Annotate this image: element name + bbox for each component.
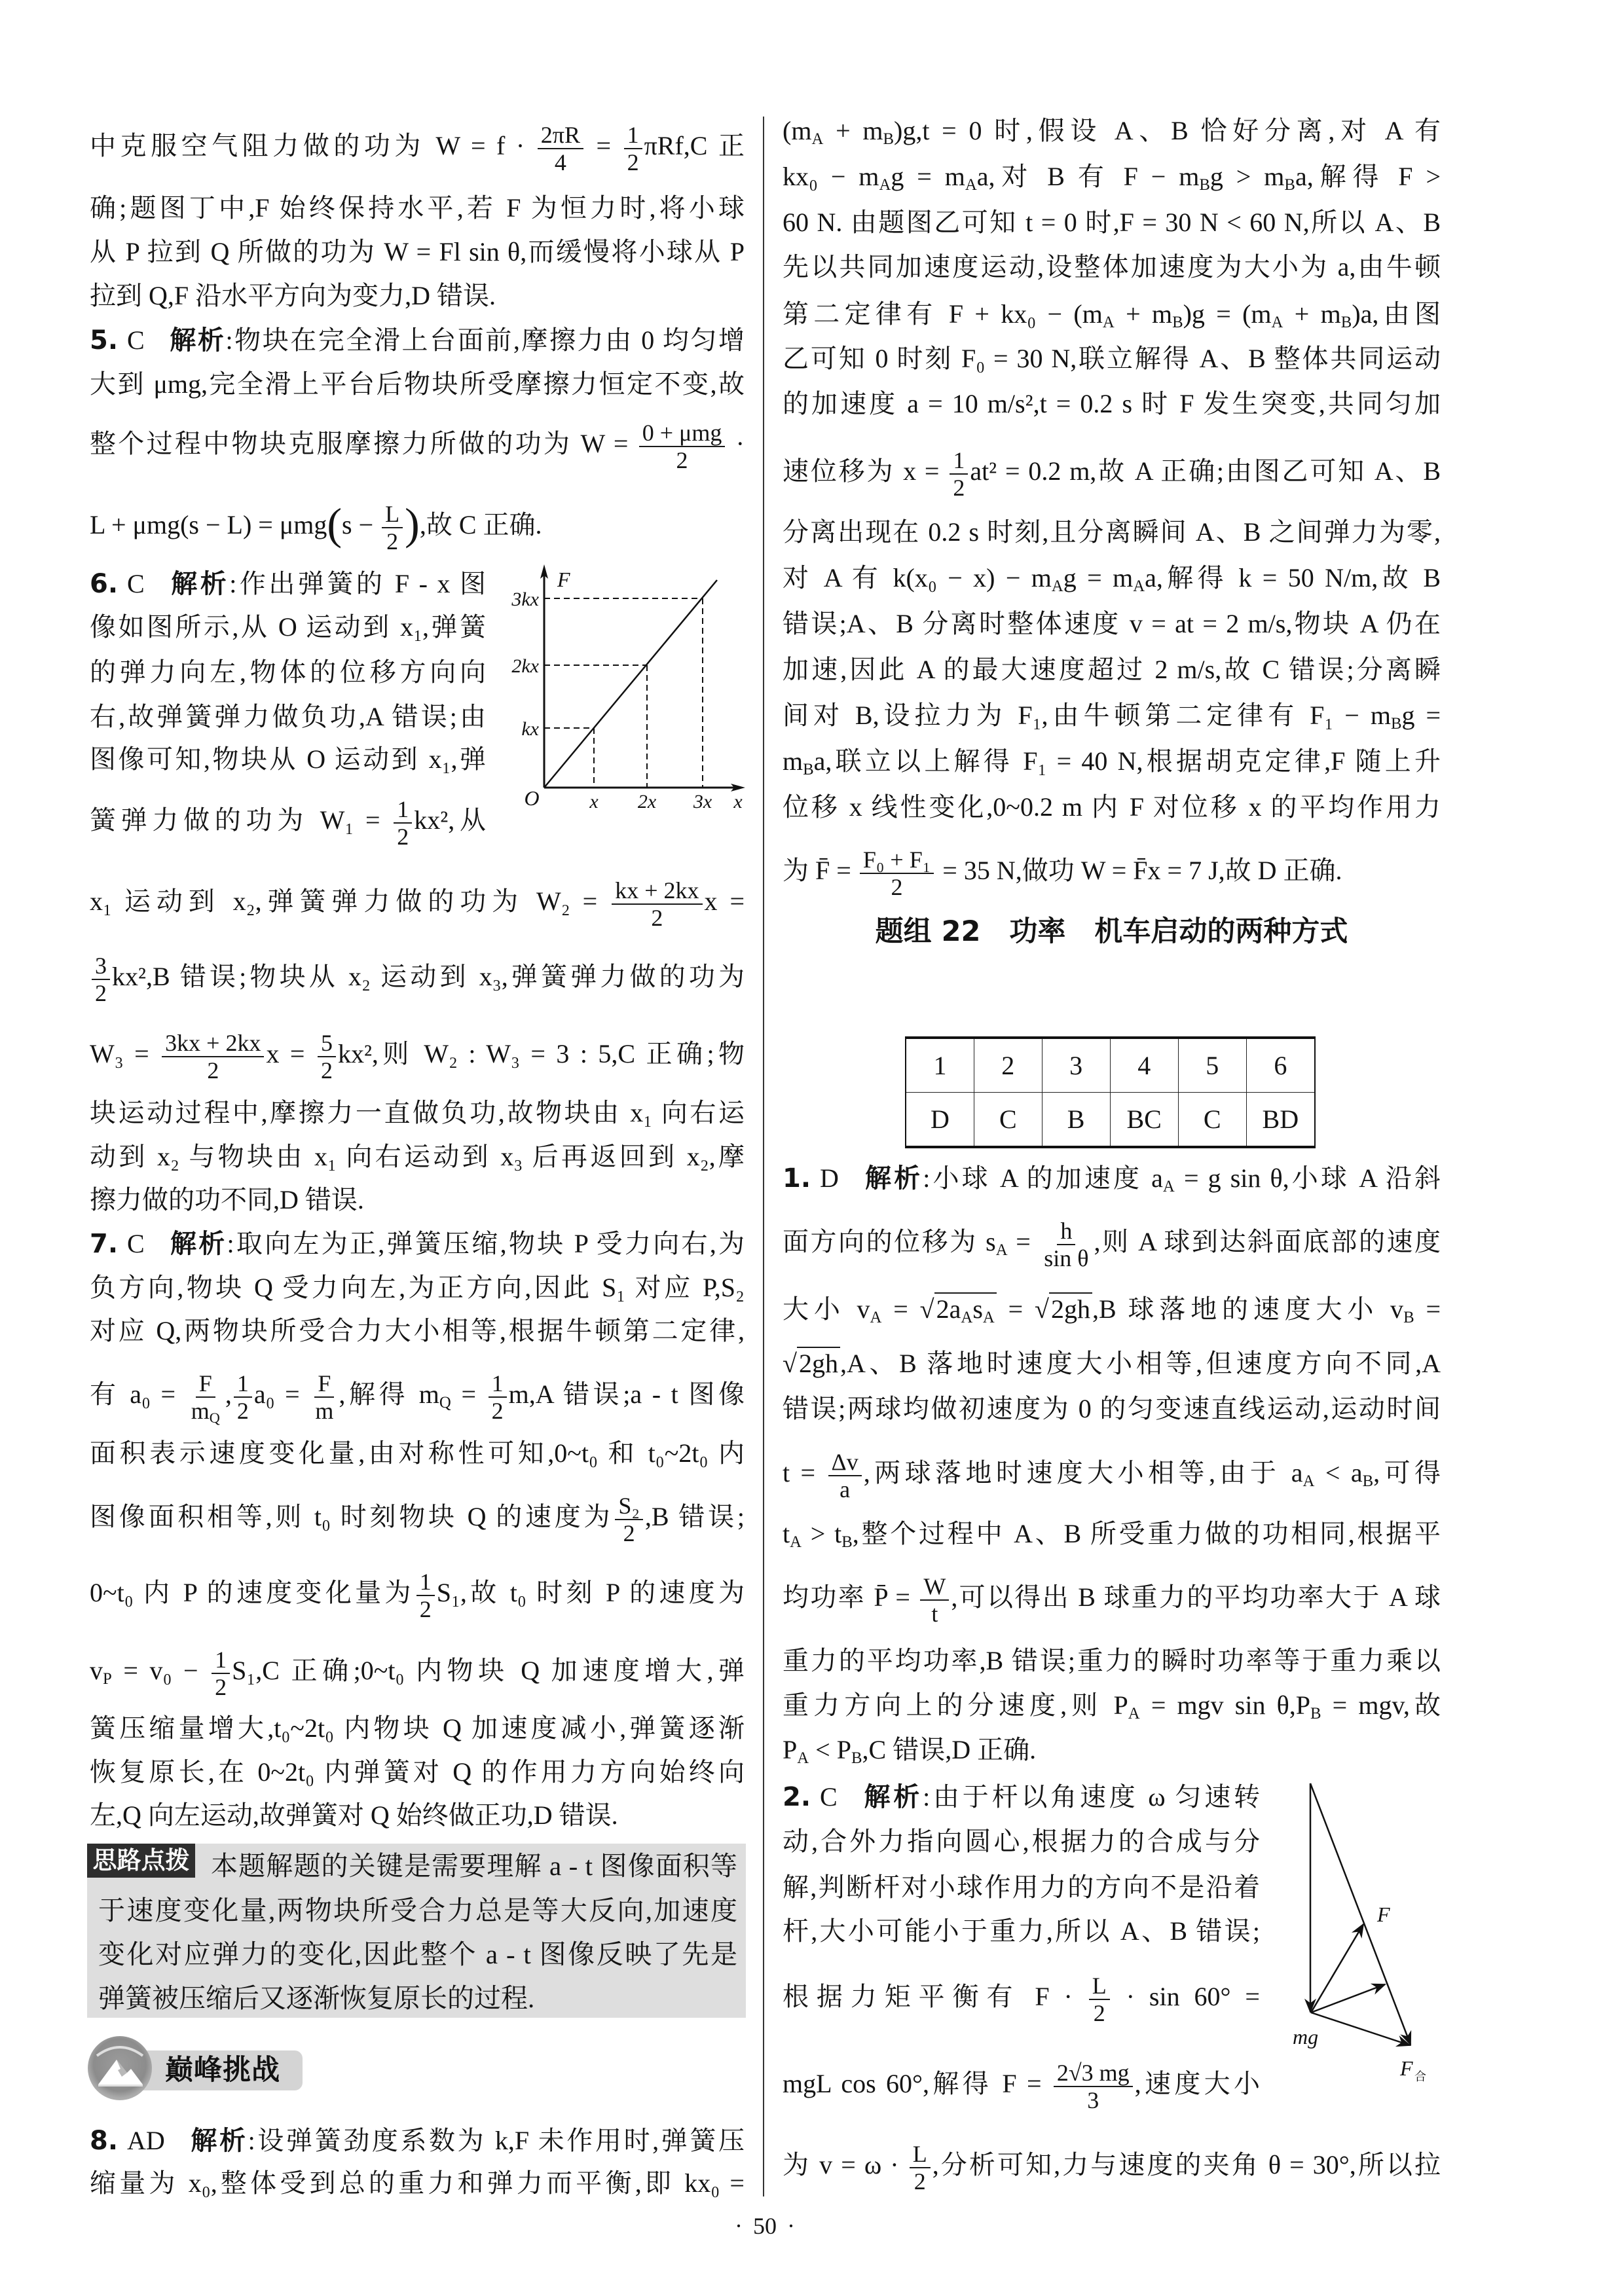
column-divider	[763, 117, 764, 2196]
question-6-header: 6.C解析:作出弹簧的 F - x 图	[90, 564, 486, 604]
radical-sign: √	[783, 1349, 797, 1378]
text-run: g = m	[1063, 563, 1133, 592]
text-run: + m	[1283, 299, 1340, 329]
text-run: S₁,故 t₀ 时刻 P 的速度为	[437, 1578, 745, 1607]
text-line: 对应 Q,两物块所受合力大小相等,根据牛顿第二定律,	[90, 1311, 745, 1351]
table-cell-question: 1	[906, 1038, 974, 1093]
text-run: < P	[809, 1735, 851, 1764]
text-run: )g = (m	[1183, 299, 1272, 329]
text-line: 大到 μmg,完全滑上平台后物块所受摩擦力恒定不变,故	[90, 365, 745, 404]
text-run: =	[1414, 1294, 1441, 1324]
text-run: W₃ =	[90, 1039, 160, 1068]
y-axis-label: F	[557, 568, 570, 591]
spring-force-graph: F 3kx 2kx kx O x 2x 3x x	[498, 556, 760, 818]
answer-choice: AD	[127, 2126, 165, 2155]
analysis-tag: 解析	[168, 1229, 227, 1259]
text-run: · sin 60° =	[1112, 1982, 1260, 2011]
subscript: Q	[439, 1394, 451, 1412]
fraction-denominator: a	[836, 1476, 853, 1503]
text-run: ,整个过程中 A、B 所受重力做的功相同,根据平	[853, 1519, 1441, 1548]
table-cell-answer: D	[906, 1093, 974, 1148]
table-cell-question: 6	[1246, 1038, 1315, 1093]
text-line: PA < PB,C 错误,D 正确.	[783, 1730, 1441, 1770]
x-tick-label: 2x	[638, 791, 657, 812]
text-run: 簧弹力做的功为 W₁ =	[90, 805, 392, 835]
text-run: ,两球落地时速度大小相等,由于 a	[864, 1458, 1303, 1487]
subscript: A	[961, 1309, 972, 1326]
fraction-numerator: 2√3 mg	[1054, 2060, 1133, 2087]
text-run: x₁ 运动到 x₂,弹簧弹力做的功为 W₂ =	[90, 886, 610, 916]
text-run: ,速度大小	[1135, 2069, 1260, 2098]
text-run: a,解得 k = 50 N/m,故 B	[1145, 563, 1441, 592]
text-run: 重力方向上的分速度,则 P	[783, 1690, 1128, 1720]
net-force-subscript: 合	[1414, 2070, 1426, 2082]
text-run: ,则 A 球到达斜面底部的速度	[1094, 1227, 1441, 1256]
text-line: 对 A 有 k(x₀ − x) − mAg = mAa,解得 k = 50 N/…	[783, 558, 1441, 598]
subscript: B	[851, 1749, 862, 1767]
text-line: 恢复原长,在 0~2t₀ 内弹簧对 Q 的作用力方向始终向	[90, 1753, 745, 1792]
fraction-numerator: F	[314, 1370, 334, 1398]
x-axis-label: x	[733, 791, 743, 812]
subscript: B	[1199, 176, 1210, 194]
text-line: 乙可知 0 时刻 F₀ = 30 N,联立解得 A、B 整体共同运动	[783, 339, 1441, 378]
text-run: kx²,B 错误;物块从 x₂ 运动到 x₃,弹簧弹力做的功为	[112, 962, 745, 991]
fraction: 12	[212, 1647, 230, 1701]
fraction: 12	[624, 122, 642, 176]
text-line: (mA + mB)g,t = 0 时,假设 A、B 恰好分离,对 A 有	[783, 111, 1441, 151]
fraction-numerator: 2πR	[538, 122, 583, 149]
subscript: A	[996, 1241, 1008, 1259]
fraction-denominator: 2	[489, 1398, 507, 1424]
x-tick-label: 3x	[693, 791, 712, 812]
text-run: :物块在完全滑上台面前,摩擦力由 0 均匀增	[225, 325, 745, 355]
subscript: A	[870, 1309, 882, 1326]
fraction-numerator: L	[382, 501, 403, 528]
force-f-label: F	[1376, 1903, 1390, 1926]
question-7-header: 7.C解析:取向左为正,弹簧压缩,物块 P 受力向右,为	[90, 1224, 745, 1264]
question-1-header: 1.D解析:小球 A 的加速度 aA = g sin θ,小球 A 沿斜	[783, 1159, 1441, 1198]
text-line: 大小 vA = √2aAsA = √2gh,B 球落地的速度大小 vB =	[783, 1290, 1441, 1329]
fraction-denominator: 2	[234, 1398, 252, 1424]
fraction: 12	[950, 447, 968, 501]
fraction: hsin θ	[1041, 1218, 1092, 1272]
text-line: 左,Q 向左运动,故弹簧对 Q 始终做正功,D 错误.	[90, 1796, 745, 1835]
text-line: 第二定律有 F + kx₀ − (mA + mB)g = (mA + mB)a,…	[783, 295, 1441, 334]
question-number: 6.	[90, 569, 118, 599]
fraction: 3kx + 2kx2	[162, 1030, 264, 1084]
text-run: = mgv sin θ,P	[1140, 1690, 1310, 1720]
text-line: 为 v = ω · L2,分析可知,力与速度的夹角 θ = 30°,所以拉	[783, 2134, 1441, 2196]
text-run: 0~t₀ 内 P 的速度变化量为	[90, 1578, 415, 1607]
text-run: ,解得 m	[339, 1379, 439, 1409]
text-line: 动到 x₂ 与物块由 x₁ 向右运动到 x₃ 后再返回到 x₂,摩	[90, 1137, 745, 1176]
text-run: g =	[1401, 701, 1441, 730]
question-number: 5.	[90, 325, 118, 355]
text-run: s −	[342, 510, 380, 539]
text-run: 根据力矩平衡有 F ·	[783, 1982, 1087, 2011]
fraction-denominator: 2	[212, 1674, 230, 1700]
text-run: 2a	[936, 1294, 961, 1324]
text-run: g = m	[891, 162, 965, 191]
section-title: 巅峰挑战	[165, 2050, 280, 2090]
table-row-questions: 1 2 3 4 5 6	[906, 1038, 1315, 1093]
text-run: mgL cos 60°,解得 F =	[783, 2069, 1052, 2098]
x-tick-label: x	[589, 791, 599, 812]
subscript: A	[1272, 314, 1283, 331]
text-line: 为 F̄ = F₀ + F₁2 = 35 N,做功 W = F̄x = 7 J,…	[783, 839, 1441, 902]
page-number-dot: ·	[787, 2213, 795, 2239]
text-run: 为 F̄ =	[783, 856, 858, 885]
subscript: A	[797, 1749, 809, 1767]
text-run: kx₀ − m	[783, 162, 879, 191]
text-run: ,分析可知,力与速度的夹角 θ = 30°,所以拉	[932, 2150, 1441, 2179]
text-line: L + μmg(s − L) = μmg(s − L2),故 C 正确.	[90, 494, 745, 556]
text-line: 杆,大小可能小于重力,所以 A、B 错误;	[783, 1912, 1260, 1951]
subscript: A	[983, 1309, 995, 1326]
text-line: 面积表示速度变化量,由对称性可知,0~t₀ 和 t₀~2t₀ 内	[90, 1434, 745, 1473]
text-line: 重力方向上的分速度,则 PA = mgv sin θ,PB = mgv,故	[783, 1686, 1441, 1725]
fraction-denominator: 2	[394, 824, 412, 850]
text-line: 整个过程中物块克服摩擦力所做的功为 W = 0 + μmg2 ·	[90, 412, 745, 475]
fraction: 32	[92, 953, 110, 1007]
fraction: 2√3 mg3	[1054, 2060, 1133, 2114]
text-run: ,C 错误,D 正确.	[862, 1735, 1037, 1764]
fraction-numerator: 1	[950, 447, 968, 475]
table-cell-question: 2	[974, 1038, 1042, 1093]
text-run: a,解得 F >	[1295, 162, 1441, 191]
subscript: A	[790, 1533, 802, 1551]
subscript: B	[1363, 1472, 1374, 1490]
subscript: A	[879, 176, 891, 194]
fraction-denominator: t	[928, 1601, 941, 1627]
force-line	[544, 580, 717, 788]
subscript: A	[965, 176, 977, 194]
text-line: 簧压缩量增大,t₀~2t₀ 内物块 Q 加速度减小,弹簧逐渐	[90, 1709, 745, 1748]
text-run: < a	[1314, 1458, 1362, 1487]
tip-line: 弹簧被压缩后又逐渐恢复原长的过程.	[98, 1978, 737, 2018]
fraction-numerator: 1	[416, 1569, 435, 1596]
subscript: B	[1310, 1705, 1321, 1722]
fraction-numerator: 1	[394, 796, 412, 824]
fraction-denominator: 3	[1084, 2087, 1102, 2113]
fraction-denominator: 2	[318, 1057, 336, 1084]
fraction: 0 + μmg2	[639, 420, 726, 474]
text-line: 分离出现在 0.2 s 时刻,且分离瞬间 A、B 之间弹力为零,	[783, 513, 1441, 552]
table-cell-answer: BC	[1110, 1093, 1178, 1148]
text-run: (m	[783, 116, 811, 145]
analysis-tag: 解析	[168, 569, 230, 599]
text-run: 面方向的位移为 s	[783, 1227, 996, 1256]
text-line: 先以共同加速度运动,设整体加速度为大小为 a,由牛顿	[783, 247, 1441, 287]
fraction: Δva	[828, 1449, 862, 1503]
text-run: =	[451, 1379, 487, 1409]
text-run: 大小 v	[783, 1294, 870, 1324]
y-tick-label: 2kx	[511, 655, 539, 677]
rod-line	[1310, 1783, 1411, 2045]
subscript: B	[1341, 314, 1352, 331]
table-cell-answer: BD	[1246, 1093, 1315, 1148]
subscript: A	[1128, 1705, 1140, 1722]
text-run: )a,由图	[1352, 299, 1441, 329]
text-run: = √	[997, 1294, 1049, 1324]
fraction-denominator: 2	[416, 1596, 435, 1622]
text-line: 解,判断杆对小球作用力的方向不是沿着	[783, 1868, 1260, 1907]
text-line: 加速,因此 A 的最大速度超过 2 m/s,故 C 错误;分离瞬	[783, 650, 1441, 689]
text-run: 速位移为 x =	[783, 456, 948, 486]
subscript: B	[1172, 314, 1183, 331]
fraction-numerator: Δv	[828, 1449, 862, 1476]
y-tick-label: kx	[521, 718, 539, 740]
answer-table: 1 2 3 4 5 6 D C B BC C BD	[905, 1036, 1316, 1148]
fraction-denominator: 4	[551, 149, 570, 175]
fraction-denominator: 2	[92, 980, 110, 1006]
text-run: πRf,C 正	[644, 131, 745, 160]
question-number: 2.	[783, 1782, 811, 1812]
text-run: a₀ =	[254, 1379, 310, 1409]
text-line: 动,合外力指向圆心,根据力的合成与分	[783, 1822, 1260, 1861]
fraction: 12	[416, 1569, 435, 1623]
fraction: Wt	[920, 1573, 949, 1628]
fraction-numerator: W	[920, 1573, 949, 1601]
text-run: )g,t = 0 时,假设 A、B 恰好分离,对 A 有	[894, 116, 1441, 145]
right-paren: )	[405, 499, 420, 549]
text-run: t	[783, 1519, 790, 1548]
fraction-numerator: S₂	[615, 1493, 643, 1520]
text-line: vP = v₀ − 12S₁,C 正确;0~t₀ 内物块 Q 加速度增大,弹	[90, 1639, 745, 1702]
text-run: 整个过程中物块克服摩擦力所做的功为 W =	[90, 429, 637, 458]
text-run: 为 v = ω ·	[783, 2150, 908, 2179]
tip-line: 本题解题的关键是需要理解 a - t 图像面积等	[211, 1846, 737, 1886]
page-number: ·50·	[699, 2210, 830, 2242]
text-line: 60 N. 由题图乙可知 t = 0 时,F = 30 N < 60 N,所以 …	[783, 203, 1441, 242]
text-run: + m	[823, 116, 883, 145]
fraction: kx + 2kx2	[612, 877, 702, 932]
text-line: 右,故弹簧弹力做负功,A 错误;由	[90, 697, 486, 737]
analysis-tag: 解析	[862, 1163, 923, 1194]
fraction-denominator: 2	[204, 1057, 222, 1084]
force-diagram: F mg F 合	[1283, 1774, 1441, 2082]
fraction-numerator: F	[196, 1370, 215, 1398]
text-run: 间对 B,设拉力为 F₁,由牛顿第二定律有 F₁ − m	[783, 701, 1391, 730]
text-run: ,B 错误;	[645, 1502, 745, 1531]
table-cell-answer: C	[1178, 1093, 1246, 1148]
fraction: 12	[234, 1370, 252, 1425]
text-run: x =	[266, 1039, 315, 1068]
text-run: 均功率 P̄ =	[783, 1582, 918, 1612]
subscript: B	[803, 761, 814, 778]
text-run: = mgv,故	[1321, 1690, 1441, 1720]
fraction-numerator: h	[1057, 1218, 1075, 1245]
text-run: :取向左为正,弹簧压缩,物块 P 受力向右,为	[227, 1229, 745, 1258]
question-2-header: 2.C解析:由于杆以角速度 ω 匀速转	[783, 1777, 1260, 1817]
subscript: B	[1403, 1309, 1414, 1326]
subscript: A	[1103, 314, 1115, 331]
fraction-numerator: 1	[624, 122, 642, 149]
text-line: 图像可知,物块从 O 运动到 x₁,弹	[90, 740, 486, 779]
page-number-value: 50	[753, 2213, 777, 2239]
section-subtitle: 机车启动的两种方式	[1094, 915, 1348, 948]
text-run: + m	[1115, 299, 1172, 329]
y-tick-label: 3kx	[511, 589, 539, 610]
subscript: A	[1163, 1178, 1175, 1195]
text-run: ·	[727, 429, 745, 458]
text-run: = 35 N,做功 W = F̄x = 7 J,故 D 正确.	[936, 856, 1342, 885]
text-line: 位移 x 线性变化,0~0.2 m 内 F 对位移 x 的平均作用力	[783, 788, 1441, 827]
fraction-denominator: 2	[950, 475, 968, 501]
text-run: s	[972, 1294, 983, 1324]
analysis-tag: 解析	[168, 325, 226, 355]
text-run: 对 A 有 k(x₀ − x) − m	[783, 563, 1052, 592]
fraction-denominator: m	[312, 1398, 337, 1424]
fraction: 12	[489, 1370, 507, 1425]
fraction: 2πR4	[538, 122, 583, 176]
text-run: :作出弹簧的 F - x 图	[229, 569, 486, 598]
text-line: 负方向,物块 Q 受力向左,为正方向,因此 S₁ 对应 P,S₂	[90, 1268, 745, 1307]
radicand: 2gh	[797, 1347, 840, 1379]
fraction-denominator: 2	[888, 874, 906, 900]
text-line: 错误;两球均做初速度为 0 的匀变速直线运动,运动时间	[783, 1389, 1441, 1429]
force-component-arrow	[1311, 1984, 1385, 2013]
text-run: =	[585, 131, 622, 160]
text-run: > t	[802, 1519, 841, 1548]
text-run: a,联立以上解得 F₁ = 40 N,根据胡克定律,F 随上升	[814, 746, 1441, 776]
fraction-denominator: 2	[648, 905, 666, 931]
fraction-denominator: 2	[383, 528, 401, 555]
answer-choice: C	[820, 1782, 838, 1812]
answer-choice: C	[127, 1229, 145, 1258]
text-run: =	[1008, 1227, 1039, 1256]
fraction-denominator: 2	[1090, 2000, 1109, 2026]
fraction-numerator: 5	[318, 1030, 336, 1057]
net-force-arrow	[1311, 2013, 1410, 2045]
text-run: kx²,从	[414, 805, 486, 835]
subscript: B	[883, 130, 894, 148]
text-line: 面方向的位移为 sA = hsin θ,则 A 球到达斜面底部的速度	[783, 1211, 1441, 1273]
net-force-label: F	[1399, 2056, 1413, 2080]
fraction-numerator: 1	[234, 1370, 252, 1398]
answer-choice: D	[820, 1163, 839, 1193]
text-run: 第二定律有 F + kx₀ − (m	[783, 299, 1103, 329]
subscript: B	[841, 1533, 853, 1551]
fraction-numerator: 3kx + 2kx	[162, 1030, 264, 1057]
fraction-numerator: 1	[212, 1647, 230, 1674]
text-run: g > m	[1210, 162, 1284, 191]
mountain-icon	[88, 2036, 152, 2100]
text-run: ,A、B 落地时速度大小相等,但速度方向不同,A	[840, 1349, 1441, 1378]
text-line: 中克服空气阻力做的功为 W = f · 2πR4 = 12πRf,C 正	[90, 115, 745, 177]
text-line: mBa,联立以上解得 F₁ = 40 N,根据胡克定律,F 随上升	[783, 742, 1441, 781]
text-line: mgL cos 60°,解得 F = 2√3 mg3,速度大小	[783, 2052, 1260, 2115]
fraction-denominator: 2	[911, 2168, 929, 2195]
text-line: x₁ 运动到 x₂,弹簧弹力做的功为 W₂ = kx + 2kx2x =	[90, 870, 745, 933]
subscript: A	[1133, 577, 1145, 595]
mg-label: mg	[1293, 2025, 1318, 2049]
question-number: 8.	[90, 2126, 118, 2156]
fraction-denominator: mQ	[188, 1398, 223, 1424]
table-cell-question: 5	[1178, 1038, 1246, 1093]
textbook-page: 中克服空气阻力做的功为 W = f · 2πR4 = 12πRf,C 正 确;题…	[0, 0, 1624, 2296]
text-line: 速位移为 x = 12at² = 0.2 m,故 A 正确;由图乙可知 A、B	[783, 440, 1441, 503]
fraction-numerator: L	[1089, 1973, 1110, 2000]
text-line: 擦力做的功不同,D 错误.	[90, 1180, 745, 1220]
section-group-number: 题组 22	[876, 915, 981, 948]
text-line: √2gh,A、B 落地时速度大小相等,但速度方向不同,A	[783, 1344, 1441, 1383]
table-cell-answer: B	[1042, 1093, 1110, 1148]
text-line: tA > tB,整个过程中 A、B 所受重力做的功相同,根据平	[783, 1514, 1441, 1554]
text-run: ,	[225, 1379, 232, 1409]
fraction-numerator: L	[910, 2141, 931, 2168]
text-line: 间对 B,设拉力为 F₁,由牛顿第二定律有 F₁ − mBg =	[783, 696, 1441, 735]
text-run: 图像面积相等,则 t₀ 时刻物块 Q 的速度为	[90, 1502, 613, 1531]
text-run: m	[191, 1398, 210, 1424]
text-run: ,B 球落地的速度大小 v	[1092, 1294, 1403, 1324]
text-line: 像如图所示,从 O 运动到 x₁,弹簧	[90, 608, 486, 647]
tip-label: 思路点拨	[87, 1844, 195, 1878]
text-line: 32kx²,B 错误;物块从 x₂ 运动到 x₃,弹簧弹力做的功为	[90, 945, 745, 1008]
fraction: L2	[382, 501, 403, 555]
fraction: L2	[1089, 1973, 1110, 2027]
section-header-badge	[88, 2036, 152, 2100]
table-cell-answer: C	[974, 1093, 1042, 1148]
subscript: B	[1391, 715, 1402, 733]
text-line: 错误;A、B 分离时整体速度 v = at = 2 m/s,物块 A 仍在	[783, 604, 1441, 644]
text-run: 中克服空气阻力做的功为 W = f ·	[90, 131, 536, 160]
subscript: B	[1284, 176, 1295, 194]
text-run: 有 a₀ =	[90, 1379, 186, 1409]
text-line: 均功率 P̄ = Wt,可以得出 B 球重力的平均功率大于 A 球	[783, 1566, 1441, 1629]
fraction-denominator: 2	[620, 1520, 638, 1546]
fraction-numerator: 0 + μmg	[639, 420, 726, 447]
subscript: A	[1302, 1472, 1314, 1490]
fraction-numerator: 3	[92, 953, 110, 980]
text-line: W₃ = 3kx + 2kx2x = 52kx²,则 W₂ : W₃ = 3 :…	[90, 1023, 745, 1085]
text-line: 0~t₀ 内 P 的速度变化量为12S₁,故 t₀ 时刻 P 的速度为	[90, 1561, 745, 1624]
fraction: F₀ + F₁2	[860, 847, 934, 901]
text-run: v	[90, 1656, 103, 1685]
fraction-numerator: kx + 2kx	[612, 877, 702, 905]
fraction-numerator: F₀ + F₁	[860, 847, 934, 874]
text-run: x =	[705, 886, 745, 916]
fraction: L2	[910, 2141, 931, 2195]
fraction: 12	[394, 796, 412, 850]
text-run: a,对 B 有 F − m	[977, 162, 1200, 191]
analysis-tag: 解析	[189, 2126, 248, 2156]
tip-line: 于速度变化量,两物块所受合力总是等大反向,加速度	[98, 1891, 737, 1930]
text-run: = v₀ −	[112, 1656, 210, 1685]
text-run: ,可以得出 B 球重力的平均功率大于 A 球	[951, 1582, 1441, 1612]
question-number: 1.	[783, 1163, 811, 1194]
fraction: 52	[318, 1030, 336, 1084]
table-row-answers: D C B BC C BD	[906, 1093, 1315, 1148]
text-line: 簧弹力做的功为 W₁ = 12kx²,从	[90, 789, 486, 852]
fraction-denominator: 2	[673, 447, 692, 473]
text-run: S₁,C 正确;0~t₀ 内物块 Q 加速度增大,弹	[232, 1656, 745, 1685]
text-line: 拉到 Q,F 沿水平方向为变力,D 错误.	[90, 276, 745, 316]
left-paren: (	[327, 499, 342, 549]
question-number: 7.	[90, 1229, 118, 1259]
text-line: 根据力矩平衡有 F · L2 · sin 60° =	[783, 1965, 1260, 2028]
origin-label: O	[524, 786, 539, 810]
tip-line: 变化对应弹力的变化,因此整个 a - t 图像反映了先是	[98, 1935, 737, 1974]
subscript: A	[1052, 577, 1063, 595]
table-cell-question: 4	[1110, 1038, 1178, 1093]
question-8-header: 8.AD解析:设弹簧劲度系数为 k,F 未作用时,弹簧压	[90, 2121, 745, 2160]
fraction: FmQ	[188, 1370, 223, 1425]
text-line: 的加速度 a = 10 m/s²,t = 0.2 s 时 F 发生突变,共同匀加	[783, 384, 1441, 424]
text-line: 的弹力向左,物体的位移方向向	[90, 653, 486, 692]
fraction-denominator: 2	[624, 149, 642, 175]
table-cell-question: 3	[1042, 1038, 1110, 1093]
